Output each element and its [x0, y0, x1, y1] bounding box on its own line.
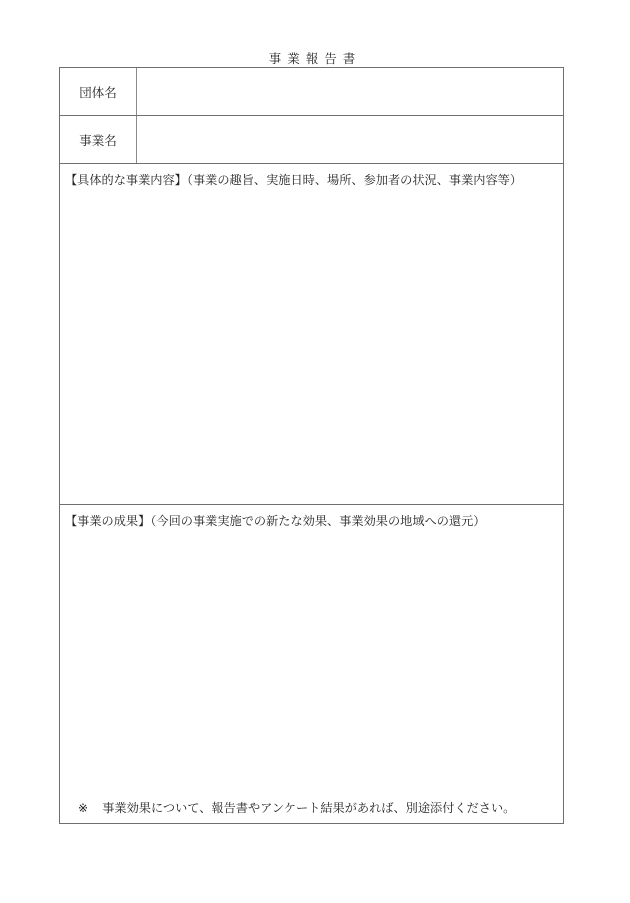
organization-row: 団体名	[60, 68, 563, 116]
result-section-heading: 【事業の成果】（今回の事業実施での新たな効果、事業効果の地域への還元）	[65, 512, 485, 529]
reference-mark-icon: ※	[78, 801, 88, 815]
attachment-note-text: 事業効果について、報告書やアンケート結果があれば、別途添付ください。	[102, 801, 515, 815]
organization-label: 団体名	[60, 68, 137, 115]
attachment-note: ※事業効果について、報告書やアンケート結果があれば、別途添付ください。	[78, 799, 515, 816]
report-form: 団体名 事業名 【具体的な事業内容】（事業の趣旨、実施日時、場所、参加者の状況、…	[59, 67, 564, 824]
content-section-heading: 【具体的な事業内容】（事業の趣旨、実施日時、場所、参加者の状況、事業内容等）	[65, 171, 522, 188]
project-label: 事業名	[60, 116, 137, 163]
organization-field[interactable]	[137, 68, 563, 115]
project-field[interactable]	[137, 116, 563, 163]
document-title: 事業報告書	[0, 49, 630, 67]
result-field[interactable]	[60, 533, 563, 823]
project-row: 事業名	[60, 116, 563, 164]
content-section: 【具体的な事業内容】（事業の趣旨、実施日時、場所、参加者の状況、事業内容等）	[60, 164, 563, 505]
result-section: 【事業の成果】（今回の事業実施での新たな効果、事業効果の地域への還元） ※事業効…	[60, 505, 563, 823]
content-field[interactable]	[60, 192, 563, 504]
